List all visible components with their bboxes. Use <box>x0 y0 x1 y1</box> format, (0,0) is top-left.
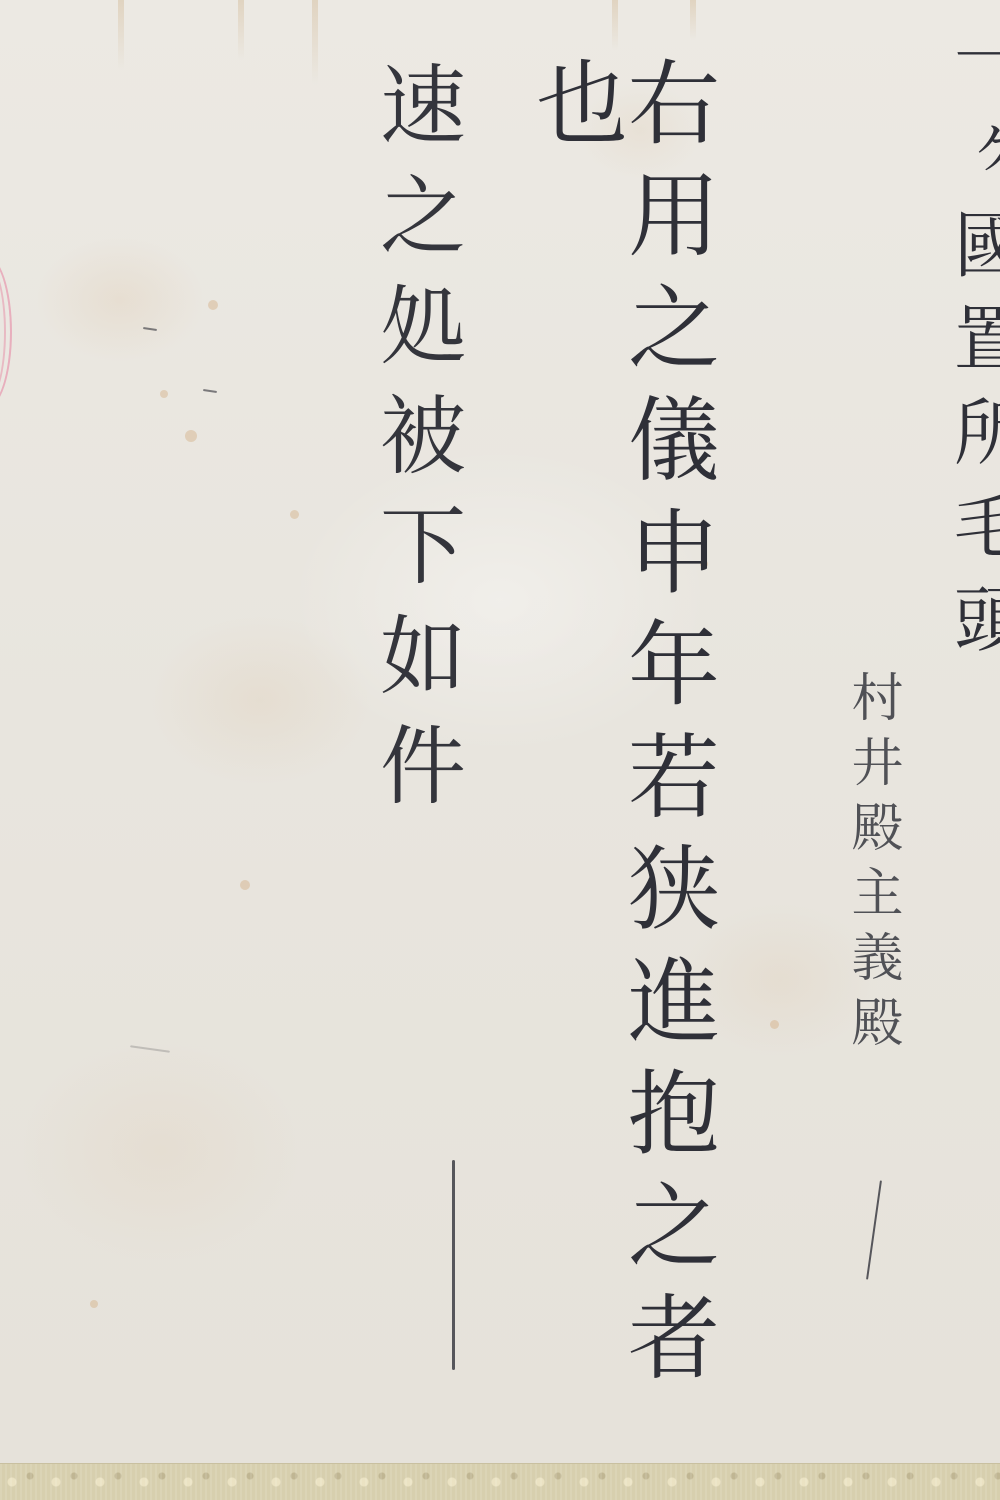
foxing-spot <box>290 510 299 519</box>
brush-stroke-tail <box>452 1160 455 1370</box>
foxing-spot <box>208 300 218 310</box>
water-stain <box>118 0 124 70</box>
water-stain <box>612 0 618 50</box>
foxing-spot <box>770 1020 779 1029</box>
text-column-second: 速之処被下如件 <box>372 60 458 831</box>
brocade-border <box>0 1463 1000 1500</box>
water-stain <box>312 0 318 85</box>
ink-fleck <box>203 389 217 393</box>
foxing-spot <box>160 390 168 398</box>
water-stain <box>690 0 696 40</box>
ink-fleck <box>143 327 157 331</box>
signature-column: 村井殿主義殿 <box>846 670 898 1060</box>
red-seal-stamp <box>0 255 12 409</box>
brush-stroke-tail <box>866 1180 882 1279</box>
foxing-spot <box>90 1300 98 1308</box>
foxing-spot <box>185 430 197 442</box>
document-paper: 一ヶ國置所毛頭 右用之儀申年若狭進抱之者也 速之処被下如件 村井殿主義殿 <box>0 0 1000 1463</box>
paper-crease <box>130 1045 170 1053</box>
water-stain <box>238 0 244 60</box>
text-column-edge: 一ヶ國置所毛頭 <box>948 20 1000 675</box>
foxing-spot <box>240 880 250 890</box>
text-column-main: 右用之儀申年若狭進抱之者也 <box>528 55 712 1463</box>
